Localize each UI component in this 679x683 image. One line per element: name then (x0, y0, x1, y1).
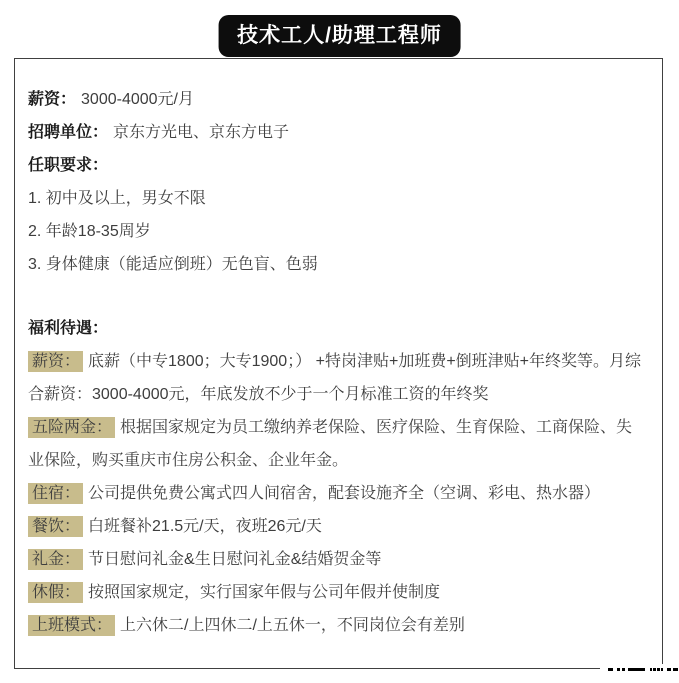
salary-value: 3000-4000元/月 (81, 91, 194, 108)
clipped-watermark (600, 664, 679, 678)
benefit-label: 休假： (28, 582, 83, 603)
benefit-item-housing: 住宿：公司提供免费公寓式四人间宿舍，配套设施齐全（空调、彩电、热水器） (28, 477, 647, 510)
benefit-label: 礼金： (28, 549, 83, 570)
benefit-label: 薪资： (28, 351, 83, 372)
benefit-text: 底薪（中专1800；大专1900；） +特岗津贴+加班费+倒班津贴+年终奖等。月… (28, 353, 641, 403)
benefit-item-insurance: 五险两金：根据国家规定为员工缴纳养老保险、医疗保险、生育保险、工商保险、失业保险… (28, 411, 647, 477)
employer-row: 招聘单位：京东方光电、京东方电子 (28, 116, 647, 149)
benefit-text: 按照国家规定，实行国家年假与公司年假并使制度 (88, 584, 440, 601)
salary-row: 薪资：3000-4000元/月 (28, 83, 647, 116)
job-title: 技术工人/助理工程师 (237, 24, 442, 47)
benefit-label: 住宿： (28, 483, 83, 504)
employer-label: 招聘单位： (28, 124, 108, 141)
requirement-item: 1. 初中及以上，男女不限 (28, 182, 647, 215)
benefit-label: 餐饮： (28, 516, 83, 537)
benefit-item-schedule: 上班模式：上六休二/上四休二/上五休一，不同岗位会有差别 (28, 609, 647, 642)
benefit-item-meals: 餐饮：白班餐补21.5元/天，夜班26元/天 (28, 510, 647, 543)
benefit-label: 上班模式： (28, 615, 115, 636)
benefit-text: 上六休二/上四休二/上五休一，不同岗位会有差别 (120, 617, 465, 634)
job-title-banner: 技术工人/助理工程师 (218, 15, 461, 57)
benefit-item-gifts: 礼金：节日慰问礼金&生日慰问礼金&结婚贺金等 (28, 543, 647, 576)
benefits-title: 福利待遇： (28, 312, 647, 345)
requirements-title: 任职要求： (28, 149, 647, 182)
benefit-item-salary: 薪资：底薪（中专1800；大专1900；） +特岗津贴+加班费+倒班津贴+年终奖… (28, 345, 647, 411)
job-details-box: 薪资：3000-4000元/月 招聘单位：京东方光电、京东方电子 任职要求： 1… (14, 58, 663, 669)
benefit-text: 公司提供免费公寓式四人间宿舍，配套设施齐全（空调、彩电、热水器） (88, 485, 600, 502)
salary-label: 薪资： (28, 91, 76, 108)
benefit-text: 根据国家规定为员工缴纳养老保险、医疗保险、生育保险、工商保险、失业保险，购买重庆… (28, 419, 632, 469)
requirement-item: 2. 年龄18-35周岁 (28, 215, 647, 248)
benefit-text: 节日慰问礼金&生日慰问礼金&结婚贺金等 (88, 551, 381, 568)
benefit-label: 五险两金： (28, 417, 115, 438)
benefit-item-vacation: 休假：按照国家规定，实行国家年假与公司年假并使制度 (28, 576, 647, 609)
employer-value: 京东方光电、京东方电子 (113, 124, 289, 141)
benefit-text: 白班餐补21.5元/天，夜班26元/天 (88, 518, 322, 535)
requirement-item: 3. 身体健康（能适应倒班）无色盲、色弱 (28, 248, 647, 281)
